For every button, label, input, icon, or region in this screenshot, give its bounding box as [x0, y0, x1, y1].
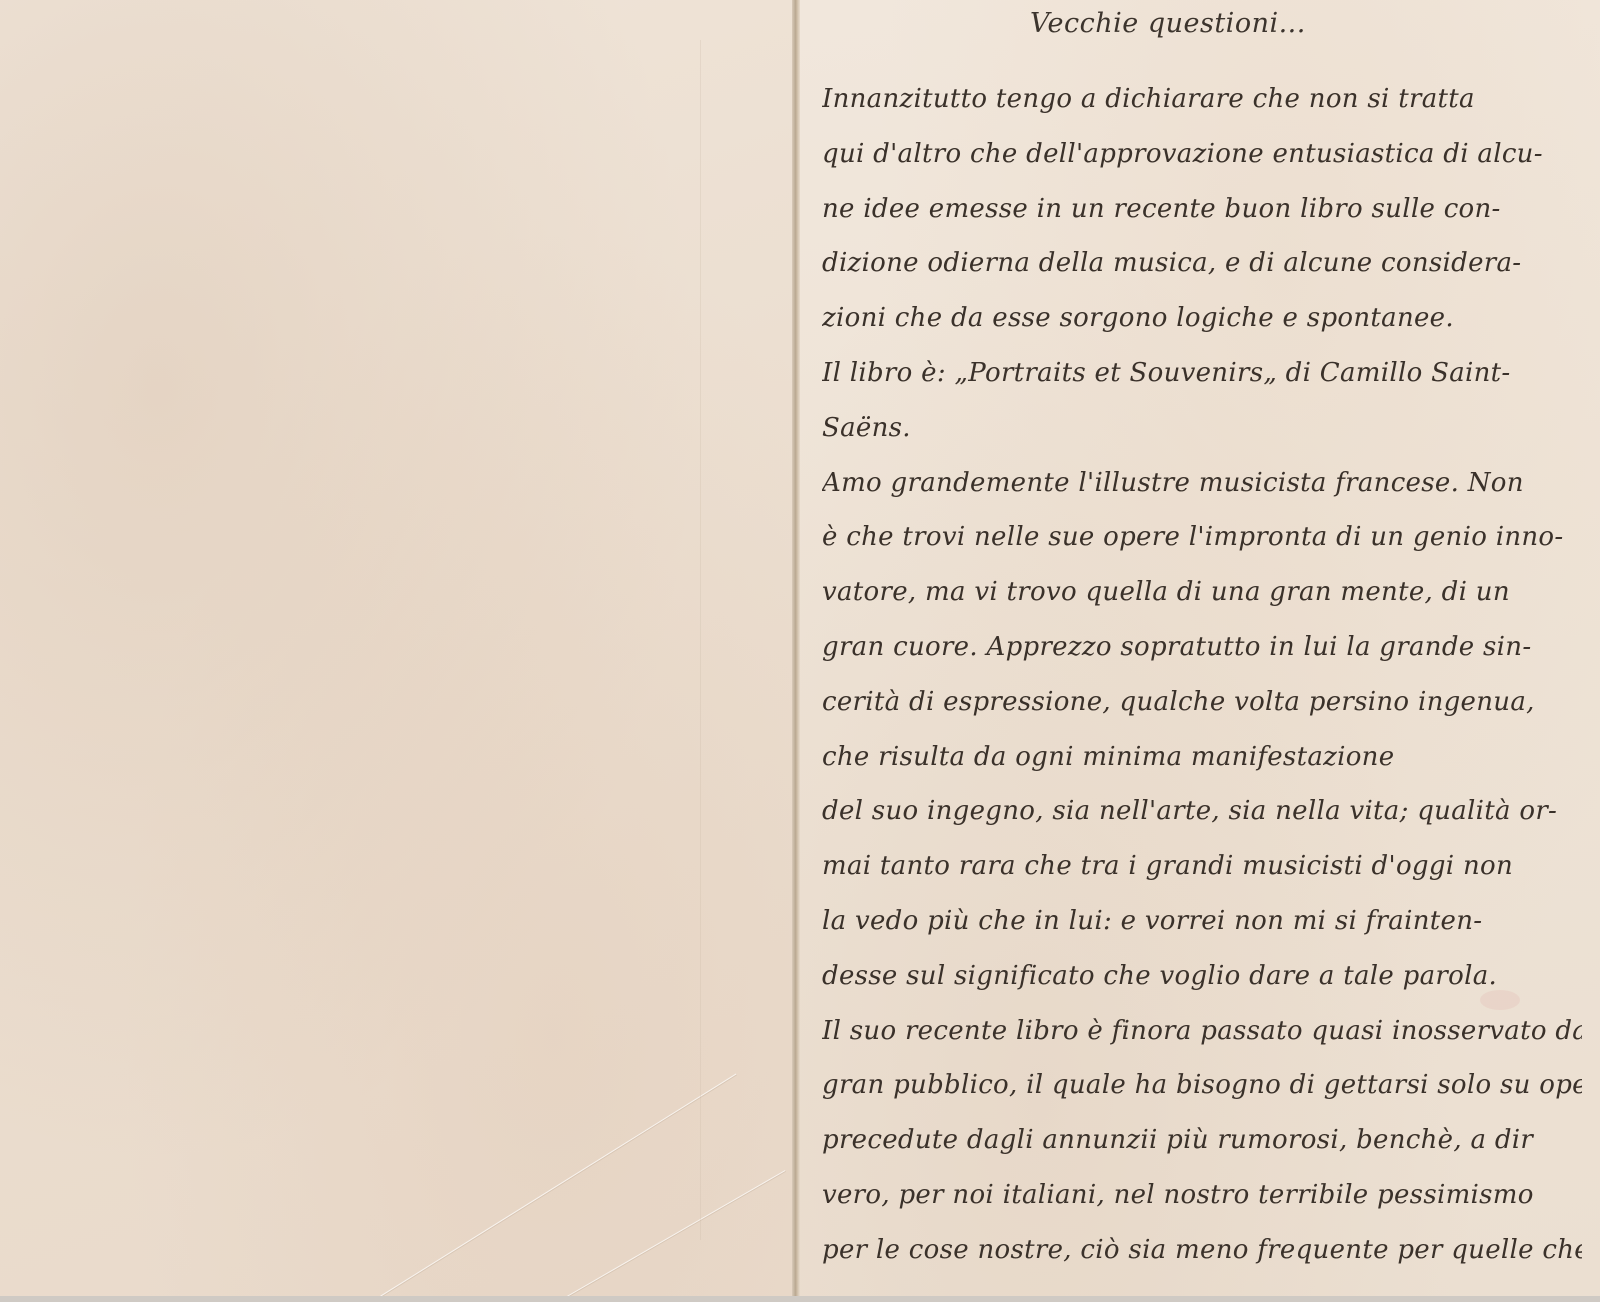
handwritten-lines: Innanzitutto tengo a dichiarare che non …: [822, 72, 1582, 1278]
text-line: ne idee emesse in un recente buon libro …: [822, 182, 1582, 237]
text-line: mai tanto rara che tra i grandi musicist…: [822, 839, 1582, 894]
left-page-blank: [0, 0, 792, 1296]
text-line: è che trovi nelle sue opere l'impronta d…: [822, 510, 1582, 565]
manuscript-spread: Vecchie questioni... Innanzitutto tengo …: [0, 0, 1600, 1302]
text-line: desse sul significato che voglio dare a …: [822, 949, 1582, 1004]
text-line: qui d'altro che dell'approvazione entusi…: [822, 127, 1582, 182]
text-line: Amo grandemente l'illustre musicista fra…: [822, 456, 1582, 511]
text-line: la vedo più che in lui: e vorrei non mi …: [822, 894, 1582, 949]
text-line: dizione odierna della musica, e di alcun…: [822, 236, 1582, 291]
text-line: per le cose nostre, ciò sia meno frequen…: [822, 1223, 1582, 1278]
text-line: precedute dagli annunzii più rumorosi, b…: [822, 1113, 1582, 1168]
text-line: del suo ingegno, sia nell'arte, sia nell…: [822, 784, 1582, 839]
text-line: zioni che da esse sorgono logiche e spon…: [822, 291, 1582, 346]
text-line: gran cuore. Apprezzo sopratutto in lui l…: [822, 620, 1582, 675]
text-line: vero, per noi italiani, nel nostro terri…: [822, 1168, 1582, 1223]
paper-crease: [560, 1170, 786, 1301]
text-line: gran pubblico, il quale ha bisogno di ge…: [822, 1058, 1582, 1113]
book-spine: [792, 0, 800, 1296]
text-line: Il suo recente libro è finora passato qu…: [822, 1004, 1582, 1059]
paper-crease: [700, 40, 701, 1240]
manuscript-title: Vecchie questioni...: [1030, 8, 1306, 39]
faint-ink-stain: [1480, 990, 1520, 1010]
text-line: vatore, ma vi trovo quella di una gran m…: [822, 565, 1582, 620]
right-page-handwritten: Vecchie questioni... Innanzitutto tengo …: [800, 0, 1600, 1296]
text-line: Saëns.: [822, 401, 1582, 456]
scan-bottom-edge: [0, 1296, 1600, 1302]
text-line: cerità di espressione, qualche volta per…: [822, 675, 1582, 730]
text-line: Innanzitutto tengo a dichiarare che non …: [822, 72, 1582, 127]
text-line: che risulta da ogni minima manifestazion…: [822, 730, 1582, 785]
paper-crease: [380, 1074, 737, 1297]
text-line: Il libro è: „Portraits et Souvenirs„ di …: [822, 346, 1582, 401]
